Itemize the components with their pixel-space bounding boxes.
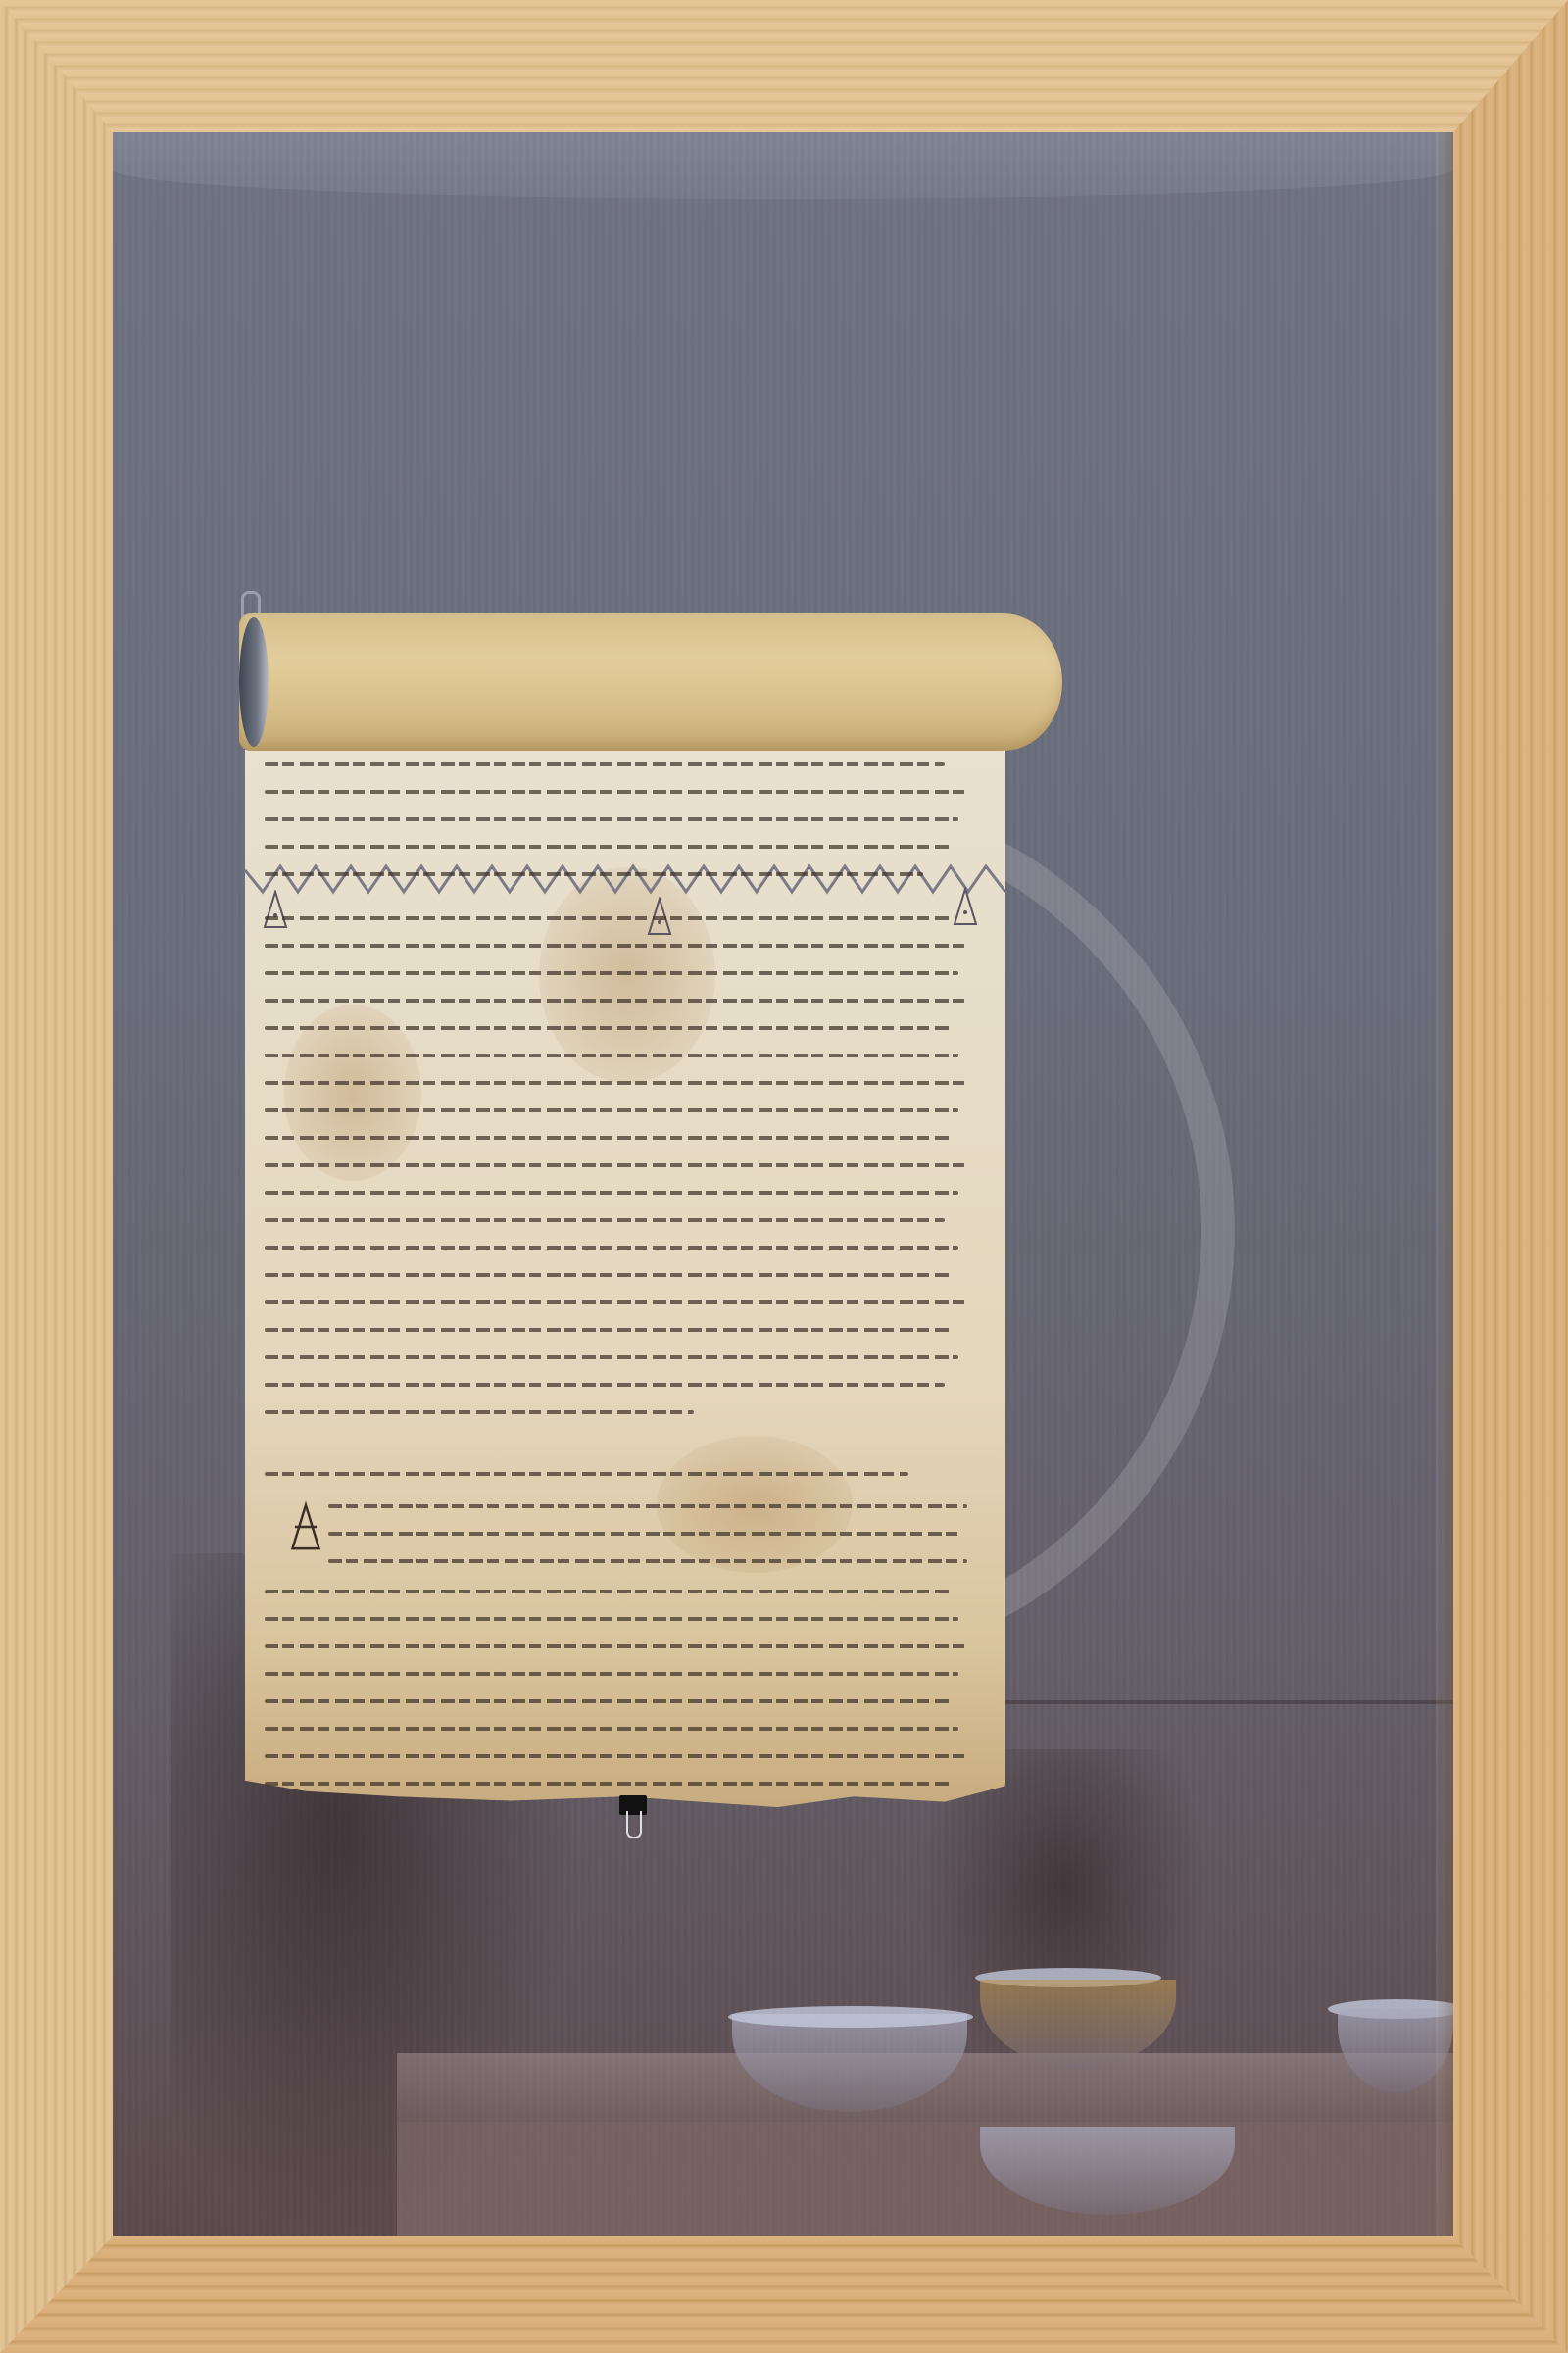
reflected-display-case-front (397, 2122, 1453, 2236)
frame-right-stile (1453, 0, 1568, 2353)
glass-edge (1436, 132, 1453, 2236)
frame-top-rail (0, 0, 1568, 132)
signature-line (265, 1472, 980, 1499)
binder-clip-wire (626, 1811, 642, 1838)
main-text-section (265, 916, 980, 1438)
scroll-roll-end (239, 617, 269, 747)
frame-left-stile (0, 0, 113, 2353)
frame-bottom-rail (0, 2236, 1568, 2353)
rolled-scroll-top (239, 613, 1062, 751)
lower-text-section-continued (265, 1590, 980, 1809)
lower-text-section (328, 1504, 980, 1587)
upper-text-section (265, 762, 980, 900)
reflected-bowl-rim (728, 2006, 973, 2028)
notarial-sign-icon (290, 1499, 321, 1554)
